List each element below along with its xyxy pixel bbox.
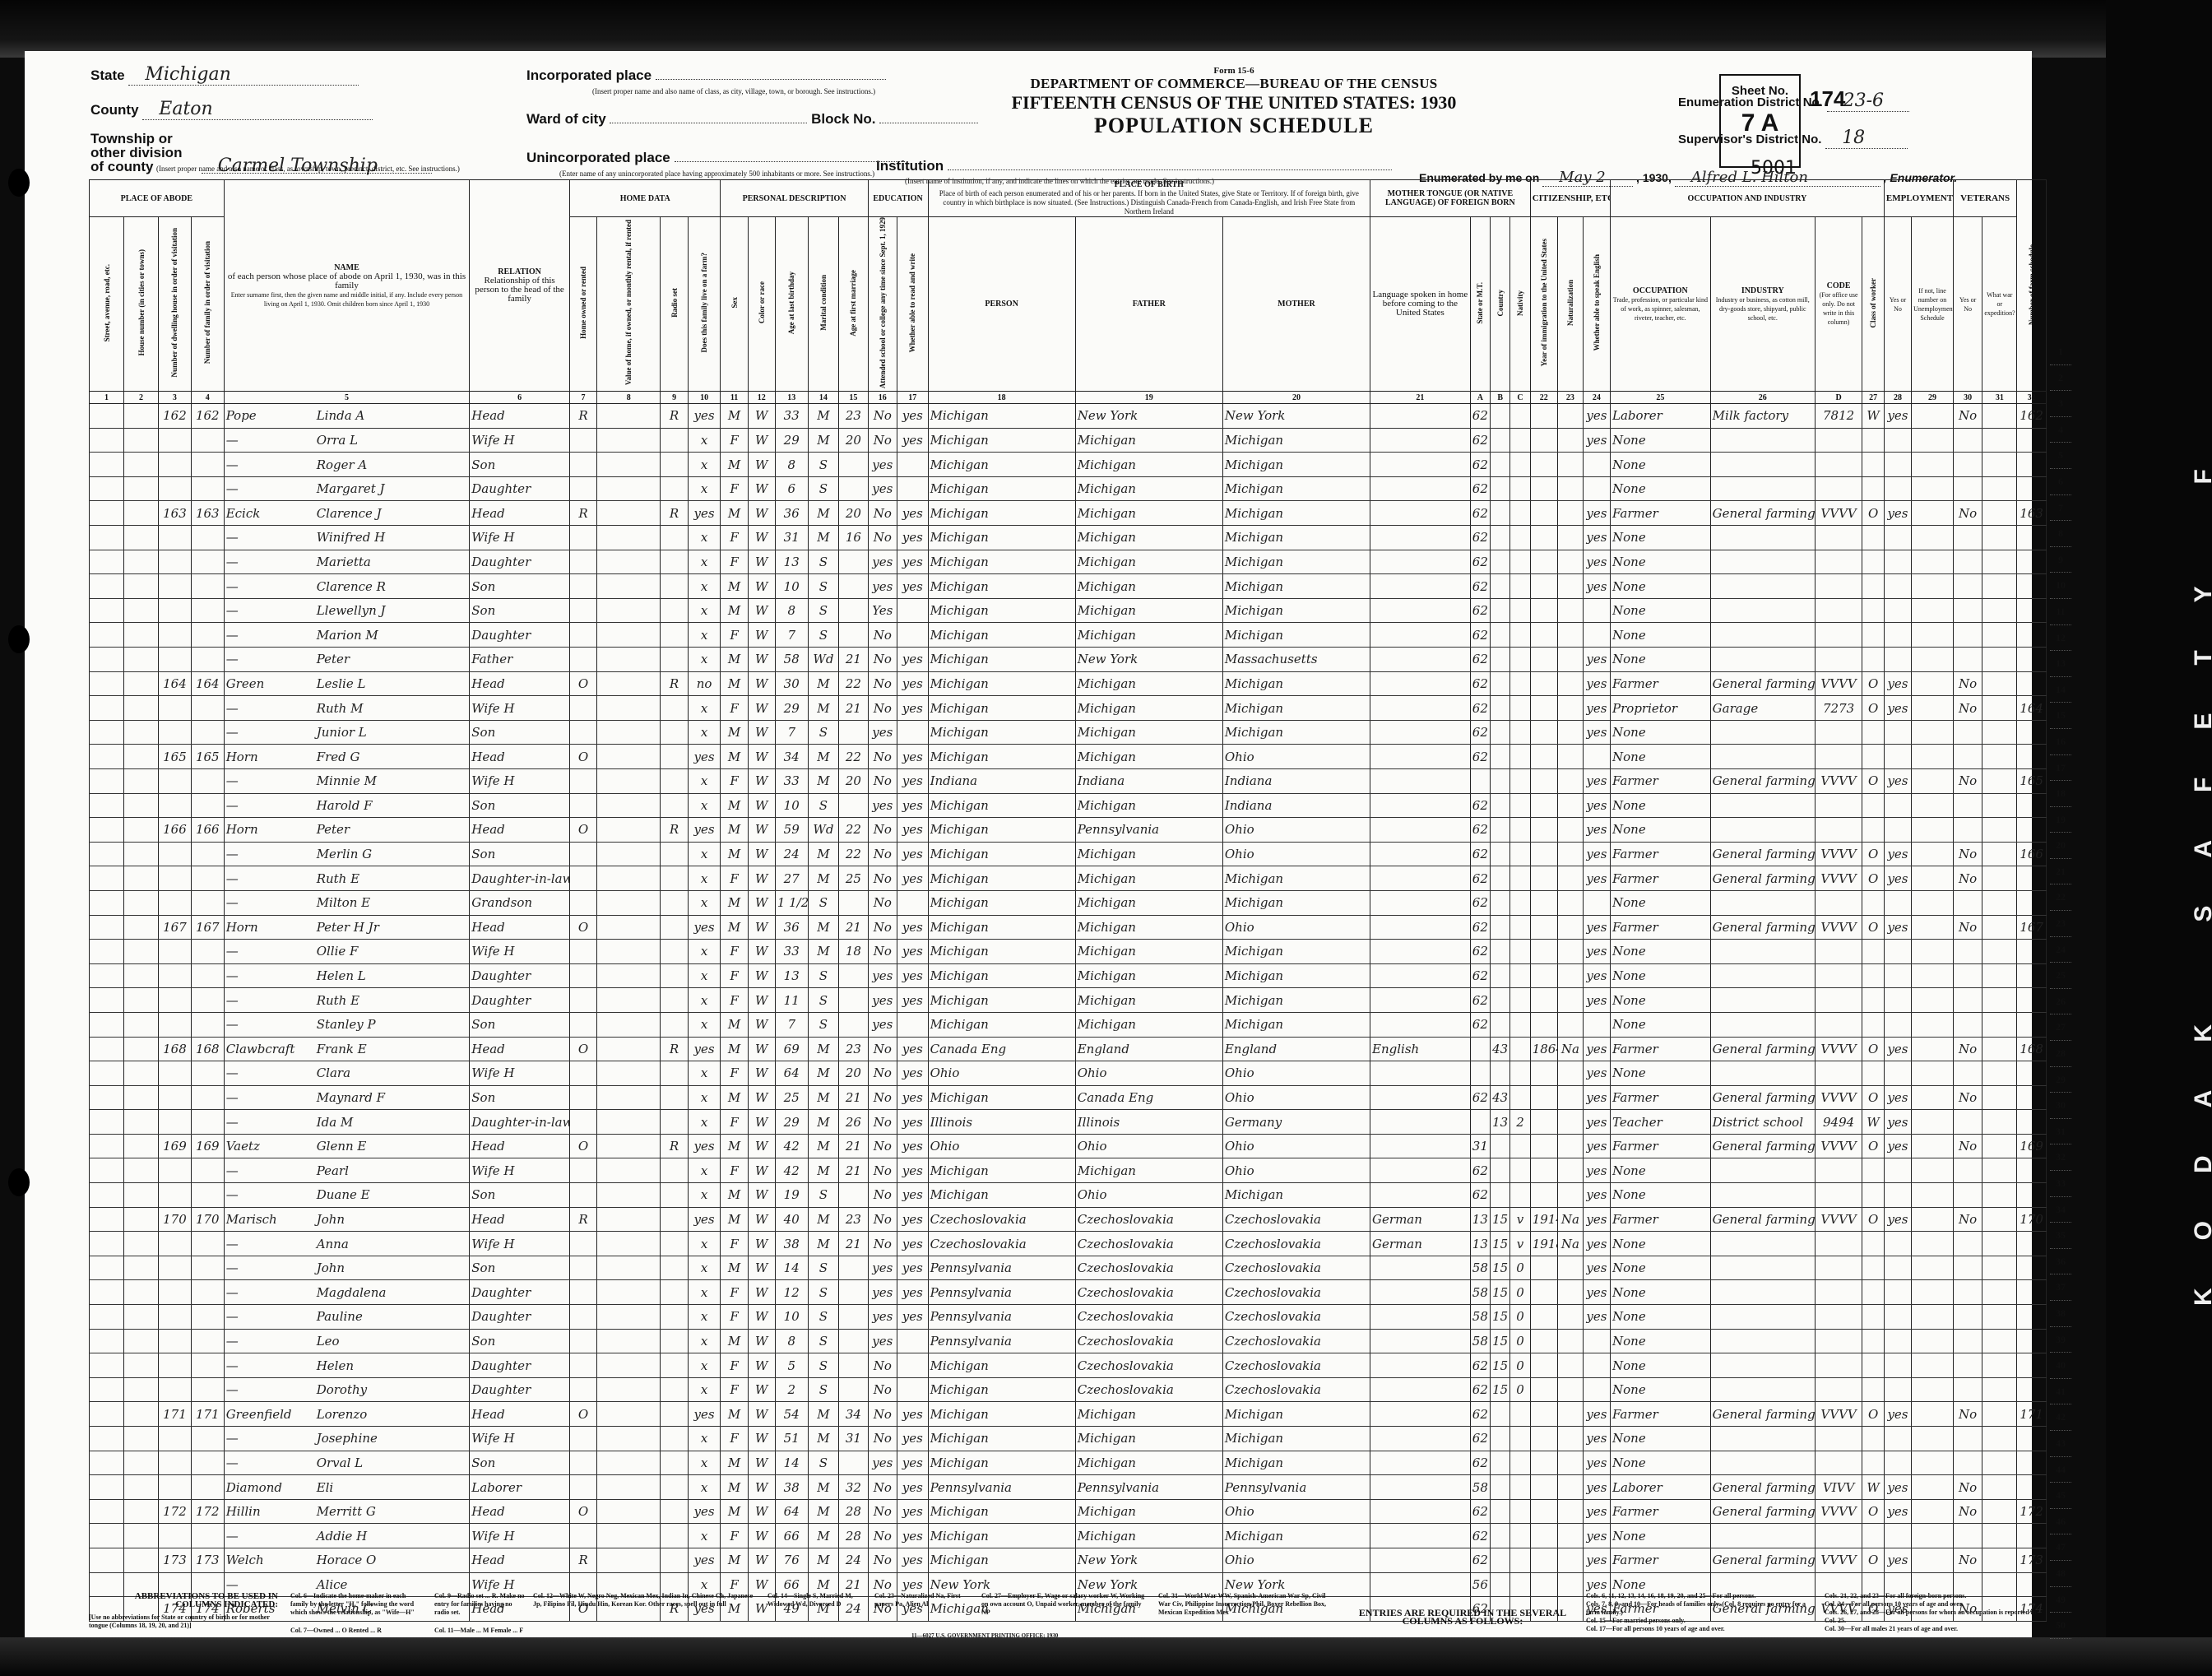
code-b-cell (1491, 1548, 1510, 1572)
school-cell: yes (868, 1256, 897, 1280)
owned-rented-cell: O (569, 1134, 596, 1158)
industry-cell (1710, 550, 1815, 574)
school-cell: No (868, 915, 897, 940)
marital-cell: S (808, 1353, 839, 1378)
read-write-cell: yes (897, 1158, 928, 1183)
war-cell (1982, 1329, 2017, 1353)
sex-cell: F (721, 1524, 748, 1548)
worker-class-cell (1862, 720, 1885, 745)
column-number: 13 (775, 392, 808, 404)
surname: Marisch (226, 1212, 317, 1227)
surname: — (226, 1577, 317, 1592)
code-c-cell (1510, 526, 1530, 550)
radio-cell: R (661, 818, 688, 843)
birthplace-father-cell: Michigan (1075, 793, 1222, 818)
schedule-title: POPULATION SCHEDULE (987, 114, 1481, 138)
language-cell (1370, 1451, 1471, 1475)
farm-schedule-cell (2017, 1085, 2047, 1110)
footer-col31: Col. 31—World War WW, Spanish-American W… (1158, 1592, 1339, 1617)
worker-class-cell: W (1862, 404, 1885, 429)
radio-cell (661, 623, 688, 648)
table-row: —MariettaDaughterxFW13SyesyesMichiganMic… (90, 550, 2047, 574)
code-c-cell (1510, 696, 1530, 721)
family-number-cell (191, 1329, 224, 1353)
age-cell: 10 (775, 793, 808, 818)
sex-cell: M (721, 1451, 748, 1475)
war-cell (1982, 988, 2017, 1013)
marital-cell: M (808, 915, 839, 940)
age-marriage-cell (839, 1305, 868, 1330)
owned-rented-cell (569, 1475, 596, 1500)
read-write-cell: yes (897, 671, 928, 696)
marital-cell: M (808, 1499, 839, 1524)
age-cell: 42 (775, 1134, 808, 1158)
home-value-cell (597, 915, 661, 940)
birthplace-person-cell: Michigan (928, 404, 1075, 429)
unemployment-line-cell (1912, 476, 1954, 501)
unemployment-line-cell (1912, 574, 1954, 599)
name-cell: MarischJohn (224, 1207, 470, 1232)
age-marriage-cell: 25 (839, 866, 868, 891)
radio-cell (661, 745, 688, 769)
family-number-cell (191, 1061, 224, 1086)
col-code-c: Nativity (1510, 217, 1530, 392)
unemployment-line-cell (1912, 1402, 1954, 1427)
age-cell: 8 (775, 453, 808, 477)
language-cell (1370, 598, 1471, 623)
given-name: Horace O (317, 1553, 377, 1567)
read-write-cell: yes (897, 963, 928, 988)
naturalization-cell (1557, 940, 1583, 964)
binder-hole-icon (8, 1168, 30, 1196)
birthplace-mother-cell: Czechoslovakia (1222, 1353, 1370, 1378)
english-cell: yes (1583, 1499, 1610, 1524)
street-cell (90, 745, 124, 769)
age-marriage-cell (839, 963, 868, 988)
given-name: Clara (317, 1065, 350, 1080)
required-entries-title: ENTRIES ARE REQUIRED IN THE SEVERAL COLU… (1356, 1609, 1570, 1625)
relation-cell: Daughter (470, 1353, 570, 1378)
occupation-code-cell: VIVV (1815, 1475, 1862, 1500)
age-marriage-cell (839, 453, 868, 477)
immigration-year-cell (1530, 940, 1557, 964)
war-cell (1982, 818, 2017, 843)
street-cell (90, 1061, 124, 1086)
house-cell (124, 1183, 159, 1208)
at-work-cell (1884, 1158, 1911, 1183)
race-cell: W (748, 768, 775, 793)
english-cell: yes (1583, 866, 1610, 891)
table-row: —Ruth EDaughterxFW11SyesyesMichiganMichi… (90, 988, 2047, 1013)
code-a-cell (1470, 1110, 1490, 1135)
farm-cell: yes (688, 818, 721, 843)
table-row: —Merlin GSonxMW24M22NoyesMichiganMichiga… (90, 842, 2047, 866)
immigration-year-cell (1530, 696, 1557, 721)
family-number-cell (191, 988, 224, 1013)
birthplace-person-cell: Pennsylvania (928, 1305, 1075, 1330)
code-a-cell: 58 (1470, 1329, 1490, 1353)
relation-cell: Daughter (470, 1377, 570, 1402)
line-number: 44 (2050, 1457, 2071, 1483)
occupation-code-cell: VVVV (1815, 1402, 1862, 1427)
read-write-cell: yes (897, 1134, 928, 1158)
supervisor-district-value: 18 (1825, 128, 1908, 149)
line-number: 48 (2050, 1561, 2071, 1587)
birthplace-mother-cell: Michigan (1222, 1524, 1370, 1548)
street-cell (90, 1475, 124, 1500)
col-occupation: OCCUPATION Trade, profession, or particu… (1611, 217, 1711, 392)
farm-schedule-cell: 172 (2017, 1499, 2047, 1524)
code-c-cell (1510, 623, 1530, 648)
veteran-cell (1953, 1377, 1982, 1402)
read-write-cell: yes (897, 793, 928, 818)
table-row: —ClaraWife HxFW64M20NoyesOhioOhioOhioyes… (90, 1061, 2047, 1086)
sex-cell: M (721, 1402, 748, 1427)
farm-cell: yes (688, 1037, 721, 1061)
group-place-of-abode: PLACE OF ABODE (90, 180, 225, 217)
birthplace-father-cell: Michigan (1075, 720, 1222, 745)
war-cell (1982, 453, 2017, 477)
house-cell (124, 1134, 159, 1158)
table-row: —Orra LWife HxFW29M20NoyesMichiganMichig… (90, 428, 2047, 453)
street-cell (90, 404, 124, 429)
abbreviations-title: ABBREVIATIONS TO BE USED IN COLUMNS INDI… (89, 1592, 278, 1609)
war-cell (1982, 476, 2017, 501)
owned-rented-cell (569, 1110, 596, 1135)
farm-cell: x (688, 1329, 721, 1353)
owned-rented-cell (569, 988, 596, 1013)
home-value-cell (597, 453, 661, 477)
naturalization-cell (1557, 963, 1583, 988)
naturalization-cell (1557, 1110, 1583, 1135)
dwelling-number-cell: 169 (159, 1134, 192, 1158)
dwelling-number-cell (159, 963, 192, 988)
race-cell: W (748, 671, 775, 696)
code-a-cell: 62 (1470, 428, 1490, 453)
sex-cell: F (721, 476, 748, 501)
race-cell: W (748, 1548, 775, 1572)
unemployment-line-cell (1912, 1524, 1954, 1548)
surname: — (226, 1309, 317, 1324)
required-entries-left: Cols. 6, 11, 12, 13, 14, 16, 18, 19, 20,… (1586, 1592, 1816, 1633)
given-name: Duane E (317, 1187, 370, 1202)
age-cell: 24 (775, 842, 808, 866)
war-cell (1982, 1232, 2017, 1256)
col-person-birth: PERSON (928, 217, 1075, 392)
abbreviations-note: [Use no abbreviations for State or count… (89, 1613, 278, 1630)
sheet-label: Sheet No. (1721, 84, 1799, 98)
surname: Pope (226, 408, 317, 423)
age-cell: 13 (775, 550, 808, 574)
race-cell: W (748, 1305, 775, 1330)
worker-class-cell (1862, 1183, 1885, 1208)
age-cell: 51 (775, 1427, 808, 1451)
age-cell: 7 (775, 1012, 808, 1037)
birthplace-person-cell: Canada Eng (928, 1037, 1075, 1061)
name-cell: —Llewellyn J (224, 598, 470, 623)
street-cell (90, 1037, 124, 1061)
surname: — (226, 579, 317, 594)
surname: Hillin (226, 1504, 317, 1519)
marital-cell: S (808, 598, 839, 623)
code-b-cell (1491, 428, 1510, 453)
table-row: 169169VaetzGlenn EHeadORyesMW42M21NoyesO… (90, 1134, 2047, 1158)
name-cell: —Pearl (224, 1158, 470, 1183)
owned-rented-cell: R (569, 1548, 596, 1572)
worker-class-cell: O (1862, 915, 1885, 940)
school-cell: No (868, 1499, 897, 1524)
farm-schedule-cell (2017, 550, 2047, 574)
read-write-cell: yes (897, 866, 928, 891)
immigration-year-cell (1530, 526, 1557, 550)
school-cell: No (868, 1134, 897, 1158)
language-cell (1370, 1061, 1471, 1086)
age-cell: 7 (775, 720, 808, 745)
relation-cell: Daughter (470, 1305, 570, 1330)
naturalization-cell (1557, 1451, 1583, 1475)
col-code-a: State or M.T. (1470, 217, 1490, 392)
industry-cell: Garage (1710, 696, 1815, 721)
language-cell (1370, 1085, 1471, 1110)
owned-rented-cell (569, 598, 596, 623)
house-cell (124, 1548, 159, 1572)
home-value-cell (597, 818, 661, 843)
owned-rented-cell: R (569, 1207, 596, 1232)
marital-cell: M (808, 1475, 839, 1500)
read-write-cell (897, 623, 928, 648)
war-cell (1982, 696, 2017, 721)
at-work-cell (1884, 598, 1911, 623)
naturalization-cell (1557, 1085, 1583, 1110)
industry-cell (1710, 1061, 1815, 1086)
owned-rented-cell: O (569, 671, 596, 696)
read-write-cell: yes (897, 1232, 928, 1256)
occupation-cell: Farmer (1611, 1085, 1711, 1110)
table-row: 162162PopeLinda AHeadRRyesMW33M23NoyesMi… (90, 404, 2047, 429)
house-cell (124, 574, 159, 599)
naturalization-cell: Na (1557, 1037, 1583, 1061)
dwelling-number-cell: 168 (159, 1037, 192, 1061)
house-cell (124, 1158, 159, 1183)
farm-cell: x (688, 1012, 721, 1037)
birthplace-mother-cell: Czechoslovakia (1222, 1207, 1370, 1232)
veteran-cell (1953, 526, 1982, 550)
line-number: 10 (2050, 573, 2071, 599)
birthplace-father-cell: Czechoslovakia (1075, 1353, 1222, 1378)
industry-cell (1710, 1329, 1815, 1353)
race-cell: W (748, 1012, 775, 1037)
column-number: 3 (159, 392, 192, 404)
farm-cell: x (688, 1451, 721, 1475)
language-cell (1370, 842, 1471, 866)
age-cell: 59 (775, 818, 808, 843)
column-number: 21 (1370, 392, 1471, 404)
english-cell: yes (1583, 1037, 1610, 1061)
family-number-cell (191, 1256, 224, 1280)
req-line: Cols. 6, 11, 12, 13, 14, 16, 18, 19, 20,… (1586, 1592, 1816, 1600)
code-c-cell (1510, 1158, 1530, 1183)
line-number: 4 (2050, 417, 2071, 443)
surname: — (226, 481, 317, 496)
relation-cell: Wife H (470, 1158, 570, 1183)
occupation-code-cell (1815, 1158, 1862, 1183)
occupation-cell: None (1611, 1232, 1711, 1256)
war-cell (1982, 1134, 2017, 1158)
worker-class-cell (1862, 453, 1885, 477)
street-label: Street, avenue, road, etc. (103, 264, 111, 341)
read-write-cell: yes (897, 1402, 928, 1427)
given-name: Leslie L (317, 676, 366, 691)
radio-cell (661, 793, 688, 818)
surname: — (226, 1065, 317, 1080)
birthplace-person-cell: Michigan (928, 526, 1075, 550)
family-number-cell (191, 1451, 224, 1475)
language-cell (1370, 1158, 1471, 1183)
code-c-cell (1510, 1037, 1530, 1061)
given-name: Marion M (317, 628, 378, 643)
family-number-cell (191, 1377, 224, 1402)
relation-cell: Son (470, 793, 570, 818)
at-work-cell: yes (1884, 404, 1911, 429)
war-cell (1982, 793, 2017, 818)
relation-cell: Daughter (470, 988, 570, 1013)
incorporated-label: Incorporated place (526, 67, 652, 83)
column-number: 15 (839, 392, 868, 404)
code-c-cell (1510, 963, 1530, 988)
age-cell: 36 (775, 501, 808, 526)
table-row: —Ruth MWife HxFW29M21NoyesMichiganMichig… (90, 696, 2047, 721)
radio-cell (661, 988, 688, 1013)
house-cell (124, 404, 159, 429)
marital-cell: S (808, 1256, 839, 1280)
war-cell (1982, 768, 2017, 793)
school-cell: No (868, 1377, 897, 1402)
age-marriage-cell (839, 623, 868, 648)
family-number-cell (191, 428, 224, 453)
war-cell (1982, 1475, 2017, 1500)
line-number: 17 (2050, 755, 2071, 782)
industry-cell (1710, 720, 1815, 745)
dwelling-number-cell (159, 476, 192, 501)
farm-cell: x (688, 1183, 721, 1208)
name-cell: —Dorothy (224, 1377, 470, 1402)
unemployment-line-cell (1912, 1085, 1954, 1110)
sex-cell: M (721, 1085, 748, 1110)
code-a-cell: 62 (1470, 793, 1490, 818)
english-cell: yes (1583, 648, 1610, 672)
given-name: Roger A (317, 457, 368, 472)
birthplace-mother-cell: Indiana (1222, 768, 1370, 793)
age-cell: 29 (775, 428, 808, 453)
english-cell: yes (1583, 574, 1610, 599)
given-name: Ruth E (317, 993, 359, 1008)
immigration-year-cell (1530, 404, 1557, 429)
farm-schedule-cell (2017, 1475, 2047, 1500)
institution-field: Institution (876, 158, 1392, 174)
read-write-cell: yes (897, 1085, 928, 1110)
language-cell: English (1370, 1037, 1471, 1061)
line-number: 1 (2050, 339, 2071, 365)
relation-cell: Daughter (470, 623, 570, 648)
line-number: 18 (2050, 781, 2071, 807)
occupation-cell: None (1611, 1353, 1711, 1378)
column-number: 14 (808, 392, 839, 404)
name-cell: —Ruth M (224, 696, 470, 721)
dwelling-number-cell (159, 768, 192, 793)
name-cell: —Junior L (224, 720, 470, 745)
occupation-cell: Teacher (1611, 1110, 1711, 1135)
naturalization-cell (1557, 793, 1583, 818)
occupation-cell: None (1611, 1158, 1711, 1183)
farm-cell: x (688, 1305, 721, 1330)
language-cell (1370, 453, 1471, 477)
dwelling-number-cell (159, 598, 192, 623)
age-cell: 36 (775, 915, 808, 940)
owned-rented-cell (569, 1524, 596, 1548)
occupation-cell: None (1611, 818, 1711, 843)
given-name: John (317, 1212, 345, 1227)
owned-rented-cell (569, 1427, 596, 1451)
table-row: —PearlWife HxFW42M21NoyesMichiganMichiga… (90, 1158, 2047, 1183)
farm-schedule-cell: 168 (2017, 1037, 2047, 1061)
birthplace-person-cell: Michigan (928, 550, 1075, 574)
owned-rented-cell (569, 476, 596, 501)
language-cell (1370, 404, 1471, 429)
line-number: 21 (2050, 859, 2071, 885)
street-cell (90, 453, 124, 477)
birthplace-mother-cell: Czechoslovakia (1222, 1329, 1370, 1353)
street-cell (90, 915, 124, 940)
race-cell: W (748, 1353, 775, 1378)
at-work-cell (1884, 476, 1911, 501)
age-cell: 29 (775, 696, 808, 721)
at-work-cell: yes (1884, 1499, 1911, 1524)
occupation-cell: None (1611, 988, 1711, 1013)
race-cell: W (748, 1402, 775, 1427)
name-cell: HillinMerritt G (224, 1499, 470, 1524)
sex-cell: F (721, 1110, 748, 1135)
radio-cell (661, 1548, 688, 1572)
code-c-cell (1510, 648, 1530, 672)
code-b-cell (1491, 963, 1510, 988)
table-row: —Stanley PSonxMW7SyesMichiganMichiganMic… (90, 1012, 2047, 1037)
war-cell (1982, 1110, 2017, 1135)
owned-rented-cell (569, 866, 596, 891)
occupation-code-cell: VVVV (1815, 866, 1862, 891)
code-a-cell: 62 (1470, 671, 1490, 696)
war-cell (1982, 428, 2017, 453)
worker-class-cell (1862, 890, 1885, 915)
sex-cell: M (721, 915, 748, 940)
given-name: Pearl (317, 1163, 349, 1178)
farm-schedule-cell: 166 (2017, 842, 2047, 866)
naturalization-cell (1557, 453, 1583, 477)
code-c-cell: 0 (1510, 1256, 1530, 1280)
industry-cell (1710, 1427, 1815, 1451)
farm-schedule-cell (2017, 940, 2047, 964)
age-cell: 14 (775, 1451, 808, 1475)
line-number: 15 (2050, 703, 2071, 729)
occupation-heading: OCCUPATION (1612, 286, 1709, 295)
birthplace-mother-cell: Michigan (1222, 550, 1370, 574)
family-number-cell: 165 (191, 745, 224, 769)
family-number-cell (191, 890, 224, 915)
line-number: 34 (2050, 1197, 2071, 1223)
race-cell: W (748, 1158, 775, 1183)
occupation-cell: Farmer (1611, 1134, 1711, 1158)
naturalization-cell (1557, 598, 1583, 623)
worker-class-cell: O (1862, 866, 1885, 891)
